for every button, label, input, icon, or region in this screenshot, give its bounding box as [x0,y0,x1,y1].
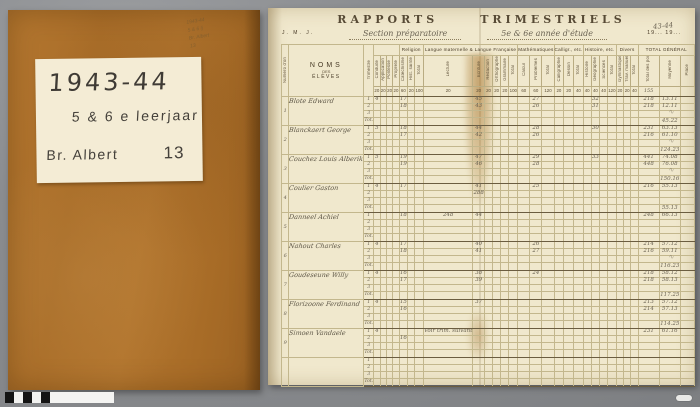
grade-cell [624,147,631,155]
grade-cell [554,198,564,205]
grade-cell: Voir trim. suivant [423,329,473,336]
grade-cell [554,191,564,198]
grade-cell [608,263,617,271]
grade-cell [564,155,574,162]
grade-cell [399,372,407,379]
grade-cell [399,227,407,234]
subject-col-header: Total [631,56,638,87]
grade-cell [542,307,554,314]
grade-cell [574,213,584,220]
grade-cell [564,365,574,372]
subject-col-header: Rédaction [484,56,492,87]
grade-cell [591,379,600,387]
grade-cell [473,198,485,205]
grade-cell [680,118,694,126]
grade-cell [583,118,591,126]
grade-cell [493,350,501,358]
grade-cell [583,300,591,307]
trimester-label: 1 [364,271,374,278]
grade-cell [493,155,501,162]
grades-table-wrap: Numéro d'ordreNOMSDESÉLÈVESTrimestreReli… [281,44,695,387]
student-name: Couchez Louis Alberik [289,155,364,184]
grade-cell [554,162,564,169]
grade-cell [501,329,509,336]
grade-cell [564,220,574,227]
grade-cell [473,372,485,379]
grade-cell [501,133,509,140]
grade-cell [608,256,617,263]
grade-cell [631,379,638,387]
trimester-label: 1 [364,97,374,104]
grade-cell [624,271,631,278]
grade-cell [501,321,509,329]
grade-cell [501,205,509,213]
margin-scribble-icon: ∿ [668,137,675,146]
grade-cell [415,372,424,379]
trimester-label: Tot. [364,350,374,358]
grade-cell [583,292,591,300]
grade-cell [591,140,600,147]
trimester-label: 3 [364,372,374,379]
grade-cell [600,263,608,271]
grade-cell [574,191,584,198]
grade-cell [423,111,473,118]
grade-cell [530,336,542,343]
grade-cell [473,227,485,234]
grade-cell [484,147,492,155]
grade-cell [574,336,584,343]
grade-cell [564,336,574,343]
subject-col-header: Trav. manuel [624,56,631,87]
grade-cell [399,314,407,321]
grade-cell [542,126,554,133]
grade-cell [591,307,600,314]
grade-cell [408,372,415,379]
grade-cell [423,126,473,133]
grade-cell [530,191,542,198]
grade-cell [554,111,564,118]
grade-cell [509,321,518,329]
grade-cell [616,292,623,300]
grade-cell [518,292,530,300]
grade-cell [616,118,623,126]
grade-cell [616,321,623,329]
grade-cell [631,205,638,213]
grade-cell [473,140,485,147]
grade-cell [564,97,574,104]
grade-cell [501,176,509,184]
trimester-label: 2 [364,104,374,111]
grade-cell [423,300,473,307]
max-points-cell: 60 [399,87,407,97]
grade-cell [591,111,600,118]
grade-cell [680,365,694,372]
grade-cell [509,198,518,205]
trimester-col-header: Trimestre [364,45,374,97]
grade-cell [591,249,600,256]
student-name: Nahout Charles [289,242,364,271]
grade-cell [493,133,501,140]
grade-cell [624,300,631,307]
total-points-cell: 448 [638,162,659,169]
grade-cell [608,126,617,133]
grade-cell [554,133,564,140]
total-points-cell [638,198,659,205]
grade-cell [591,220,600,227]
grade-cell [600,213,608,220]
grade-cell [542,191,554,198]
grade-cell [631,329,638,336]
max-points-cell [659,87,680,97]
grade-cell [616,169,623,176]
grade-cell [564,118,574,126]
grade-cell [574,271,584,278]
grade-cell [530,321,542,329]
grade-cell [415,191,424,198]
grade-cell [484,162,492,169]
grade-cell [473,256,485,263]
trimester-row: 4Coulier Gaston1417412521655.13 [282,184,695,191]
grade-cell [473,321,485,329]
grade-cell [423,372,473,379]
grade-cell [415,242,424,249]
subject-col-header: Total des points [638,56,659,87]
grade-cell [608,292,617,300]
grade-cell [574,350,584,358]
grade-cell [484,220,492,227]
grade-cell [415,300,424,307]
trimester-label: Tot. [364,118,374,126]
grade-cell [530,379,542,387]
grade-cell [591,278,600,285]
grade-cell [501,314,509,321]
grade-cell [423,227,473,234]
calibration-square [32,392,41,403]
grade-cell [608,379,617,387]
grade-cell [591,213,600,220]
grade-cell [501,147,509,155]
grade-cell [608,162,617,169]
grade-cell [564,314,574,321]
grade-cell [542,162,554,169]
grade-cell [408,343,415,350]
grade-cell [509,329,518,336]
grade-cell [509,97,518,104]
grade-cell [564,307,574,314]
grade-cell [608,307,617,314]
grade-cell [530,350,542,358]
grade-cell [493,227,501,234]
trimester-label: 3 [364,285,374,292]
grade-cell [608,343,617,350]
grade-cell [624,205,631,213]
grade-cell [600,329,608,336]
grade-cell [624,111,631,118]
row-number: 3 [282,155,289,184]
grade-cell [501,379,509,387]
student-name: Coulier Gaston [289,184,364,213]
grade-cell [624,104,631,111]
total-points-cell [638,285,659,292]
grade-cell [583,205,591,213]
moyenne-cell [659,343,680,350]
grade-cell: 43 [473,104,485,111]
grade-cell [574,147,584,155]
grade-cell [484,256,492,263]
grade-cell [493,285,501,292]
cover-corner-pencil-note: 1943-44 5 & 6 lj Br. Albert 13 [186,10,250,51]
grade-cell [680,242,694,249]
grade-cell [583,329,591,336]
grade-cell [624,292,631,300]
grades-table: Numéro d'ordreNOMSDESÉLÈVESTrimestreReli… [281,44,695,387]
grade-cell [608,118,617,126]
page-gutter-shadow [268,8,282,385]
grade-cell [542,343,554,350]
grade-cell [493,336,501,343]
grade-cell [616,343,623,350]
grade-cell [415,256,424,263]
grade-cell: 17 [399,184,407,191]
grade-cell [624,358,631,365]
group-header: Histoire, etc. [583,45,616,56]
grade-cell [564,176,574,184]
grade-cell [564,191,574,198]
grade-cell [399,169,407,176]
grade-cell [608,329,617,336]
grade-cell [583,97,591,104]
grade-cell [554,271,564,278]
grade-cell [680,133,694,140]
grade-cell [624,97,631,104]
grade-cell [583,176,591,184]
grade-cell [518,133,530,140]
grade-cell [574,169,584,176]
grade-cell [493,271,501,278]
total-points-cell: 216 [638,133,659,140]
max-points-cell: 155 [638,87,659,97]
grade-cell [542,169,554,176]
grade-cell [542,104,554,111]
grade-cell [680,358,694,365]
grade-cell [631,140,638,147]
grade-cell [554,263,564,271]
grade-cell [583,307,591,314]
grade-cell [591,329,600,336]
grade-cell [680,155,694,162]
grade-cell [624,198,631,205]
title-word: RAPPORTS [337,13,438,26]
grade-cell [423,234,473,242]
grade-cell [574,314,584,321]
margin-scribble-icon: ∿ [668,253,675,262]
grade-cell [616,234,623,242]
grade-cell [608,111,617,118]
grade-cell [624,176,631,184]
grade-cell [574,263,584,271]
grade-cell [631,336,638,343]
subject-col-header: Calcul [518,56,530,87]
grade-cell [608,191,617,198]
grade-cell [501,271,509,278]
grade-cell [608,184,617,191]
grade-cell [631,307,638,314]
grade-cell [484,379,492,387]
grade-cell [408,162,415,169]
grade-cell [501,350,509,358]
grade-cell [408,169,415,176]
grade-cell [408,97,415,104]
total-points-cell: 248 [638,213,659,220]
max-points-cell [680,87,694,97]
grade-cell [631,321,638,329]
grade-cell [631,292,638,300]
grade-cell [608,133,617,140]
trimester-label: 3 [364,256,374,263]
trimester-label: 1 [364,184,374,191]
grade-cell: 42 [473,133,485,140]
grade-cell [484,111,492,118]
grade-cell [554,372,564,379]
grade-cell [616,176,623,184]
grade-cell [574,126,584,133]
grade-cell [616,300,623,307]
grade-cell [408,234,415,242]
grade-cell [608,249,617,256]
row-number: 9 [282,329,289,358]
total-points-cell [638,111,659,118]
max-points-cell: 20 [554,87,564,97]
grade-cell [624,234,631,242]
grade-cell [564,184,574,191]
trimester-label: Tot. [364,234,374,242]
grade-cell [574,285,584,292]
grade-cell [680,191,694,198]
grade-cell [591,227,600,234]
grade-cell [631,365,638,372]
grade-cell [600,176,608,184]
grade-cell [509,220,518,227]
grade-cell [408,256,415,263]
grade-cell [616,372,623,379]
grade-cell [554,292,564,300]
grade-cell [624,227,631,234]
grade-cell [530,220,542,227]
grade-cell [574,292,584,300]
grade-cell [564,278,574,285]
grade-cell [423,133,473,140]
grade-cell [680,350,694,358]
grade-cell [493,242,501,249]
grade-cell [484,307,492,314]
grade-cell [423,336,473,343]
grade-cell [631,350,638,358]
grade-cell [408,104,415,111]
grade-cell [542,220,554,227]
row-number [282,358,289,387]
group-header: TOTAL GÉNÉRAL [638,45,694,56]
grade-cell [501,300,509,307]
grade-cell [518,184,530,191]
grade-cell [542,227,554,234]
grade-cell [530,343,542,350]
grade-cell [680,169,694,176]
grade-cell [423,191,473,198]
subject-col-header: Géographie [591,56,600,87]
grade-cell [399,379,407,387]
grade-cell [423,155,473,162]
grade-cell [600,343,608,350]
grade-cell [554,118,564,126]
grade-cell [423,350,473,358]
total-points-cell: 214 [638,307,659,314]
grade-cell [530,169,542,176]
grade-cell [554,169,564,176]
moyenne-cell: 55.13 [659,184,680,191]
group-header: Langue maternelle & Langue Française [423,45,517,56]
grade-cell [509,379,518,387]
moyenne-cell: 61.16 [659,329,680,336]
grade-cell [591,285,600,292]
grade-cell [583,169,591,176]
grade-cell [680,379,694,387]
moyenne-cell [659,220,680,227]
grade-cell [680,147,694,155]
max-points-cell: 40 [600,87,608,97]
grade-cell [484,336,492,343]
grade-cell [600,285,608,292]
grade-cell [564,358,574,365]
trimester-label: 2 [364,162,374,169]
grade-cell [423,118,473,126]
grade-cell [600,147,608,155]
grade-cell [608,321,617,329]
grade-cell [518,227,530,234]
grade-cell [484,343,492,350]
jmj-mark: J. M. J. [282,30,314,36]
grade-cell [608,278,617,285]
trimester-row: 2Blanckaert George151844283023163.13 [282,126,695,133]
grade-cell [608,234,617,242]
grade-cell [624,372,631,379]
grade-cell [509,133,518,140]
grade-cell [399,256,407,263]
moyenne-cell [659,191,680,198]
trimester-label: 1 [364,126,374,133]
total-points-cell [638,227,659,234]
grade-cell [423,140,473,147]
total-points-cell [638,372,659,379]
grade-cell [509,176,518,184]
moyenne-cell [659,372,680,379]
grade-cell [408,213,415,220]
grade-cell [484,227,492,234]
grade-cell [530,205,542,213]
grade-cell [509,358,518,365]
grade-cell [600,242,608,249]
grade-cell [518,271,530,278]
grade-cell [624,118,631,126]
grade-cell [564,140,574,147]
grade-cell [415,184,424,191]
grade-cell [608,300,617,307]
student-name [289,358,364,387]
grade-cell [680,198,694,205]
grade-cell: 17 [399,133,407,140]
grade-cell [554,278,564,285]
grade-cell [591,271,600,278]
grade-cell [574,249,584,256]
